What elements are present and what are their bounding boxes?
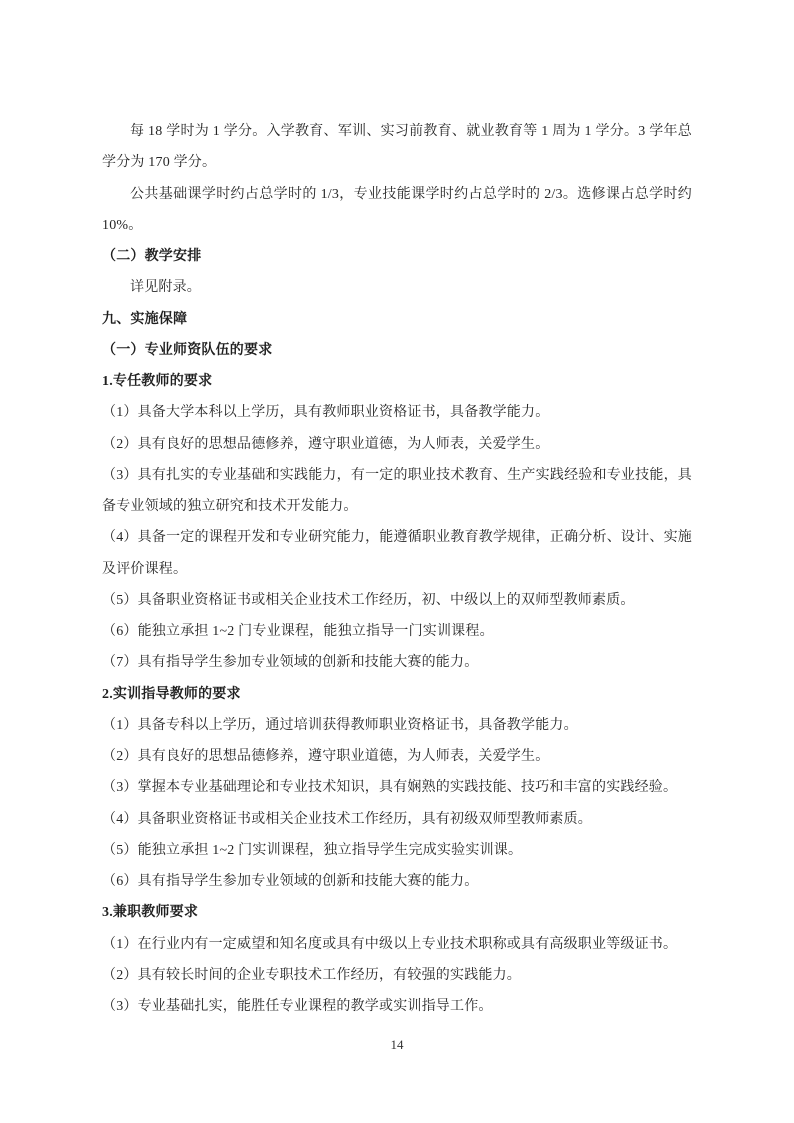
paragraph-credit-rules: 每 18 学时为 1 学分。入学教育、军训、实习前教育、就业教育等 1 周为 1…	[102, 116, 692, 179]
paragraph-see-appendix: 详见附录。	[102, 272, 692, 303]
list-item: （1）具备专科以上学历，通过培训获得教师职业资格证书，具备教学能力。	[102, 710, 692, 741]
document-page: 每 18 学时为 1 学分。入学教育、军训、实习前教育、就业教育等 1 周为 1…	[0, 0, 794, 1123]
list-item: （1）具备大学本科以上学历，具有教师职业资格证书，具备教学能力。	[102, 397, 692, 428]
list-item: （6）能独立承担 1~2 门专业课程，能独立指导一门实训课程。	[102, 616, 692, 647]
page-content: 每 18 学时为 1 学分。入学教育、军训、实习前教育、就业教育等 1 周为 1…	[102, 116, 692, 1022]
heading-faculty-requirements: （一）专业师资队伍的要求	[102, 335, 692, 366]
heading-training-instructor-requirements: 2.实训指导教师的要求	[102, 679, 692, 710]
heading-fulltime-teacher-requirements: 1.专任教师的要求	[102, 366, 692, 397]
list-item: （4）具备一定的课程开发和专业研究能力，能遵循职业教育教学规律，正确分析、设计、…	[102, 522, 692, 585]
list-item: （6）具有指导学生参加专业领域的创新和技能大赛的能力。	[102, 866, 692, 897]
list-item: （3）专业基础扎实，能胜任专业课程的教学或实训指导工作。	[102, 991, 692, 1022]
list-item: （1）在行业内有一定威望和知名度或具有中级以上专业技术职称或具有高级职业等级证书…	[102, 929, 692, 960]
list-item: （2）具有良好的思想品德修养，遵守职业道德，为人师表，关爱学生。	[102, 741, 692, 772]
list-item: （3）掌握本专业基础理论和专业技术知识，具有娴熟的实践技能、技巧和丰富的实践经验…	[102, 772, 692, 803]
list-item: （5）能独立承担 1~2 门实训课程，独立指导学生完成实验实训课。	[102, 835, 692, 866]
list-item: （2）具有良好的思想品德修养，遵守职业道德，为人师表，关爱学生。	[102, 429, 692, 460]
paragraph-hour-proportions: 公共基础课学时约占总学时的 1/3，专业技能课学时约占总学时的 2/3。选修课占…	[102, 179, 692, 242]
list-item: （4）具备职业资格证书或相关企业技术工作经历，具有初级双师型教师素质。	[102, 804, 692, 835]
list-item: （5）具备职业资格证书或相关企业技术工作经历，初、中级以上的双师型教师素质。	[102, 585, 692, 616]
page-number: 14	[0, 1036, 794, 1054]
list-item: （2）具有较长时间的企业专职技术工作经历，有较强的实践能力。	[102, 960, 692, 991]
heading-implementation-guarantee: 九、实施保障	[102, 304, 692, 335]
heading-parttime-teacher-requirements: 3.兼职教师要求	[102, 897, 692, 928]
heading-teaching-arrangement: （二）教学安排	[102, 241, 692, 272]
list-item: （3）具有扎实的专业基础和实践能力，有一定的职业技术教育、生产实践经验和专业技能…	[102, 460, 692, 523]
list-item: （7）具有指导学生参加专业领域的创新和技能大赛的能力。	[102, 647, 692, 678]
